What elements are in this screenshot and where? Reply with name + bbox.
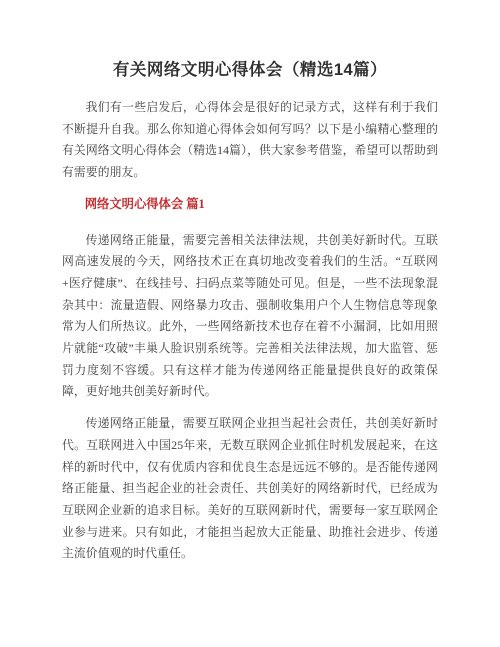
section-heading: 网络文明心得体会 篇1 xyxy=(62,194,438,216)
document-title: 有关网络文明心得体会（精选14篇） xyxy=(62,58,438,82)
body-paragraph: 传递网络正能量，需要完善相关法律法规，共创美好新时代。互联网高速发展的今天，网络… xyxy=(62,230,438,404)
intro-paragraph: 我们有一些启发后，心得体会是很好的记录方式，这样有利于我们不断提升自我。那么你知… xyxy=(62,97,438,184)
document-page: 有关网络文明心得体会（精选14篇） 我们有一些启发后，心得体会是很好的记录方式，… xyxy=(0,0,500,647)
body-paragraph: 传递网络正能量，需要互联网企业担当起社会责任，共创美好新时代。互联网进入中国25… xyxy=(62,413,438,565)
